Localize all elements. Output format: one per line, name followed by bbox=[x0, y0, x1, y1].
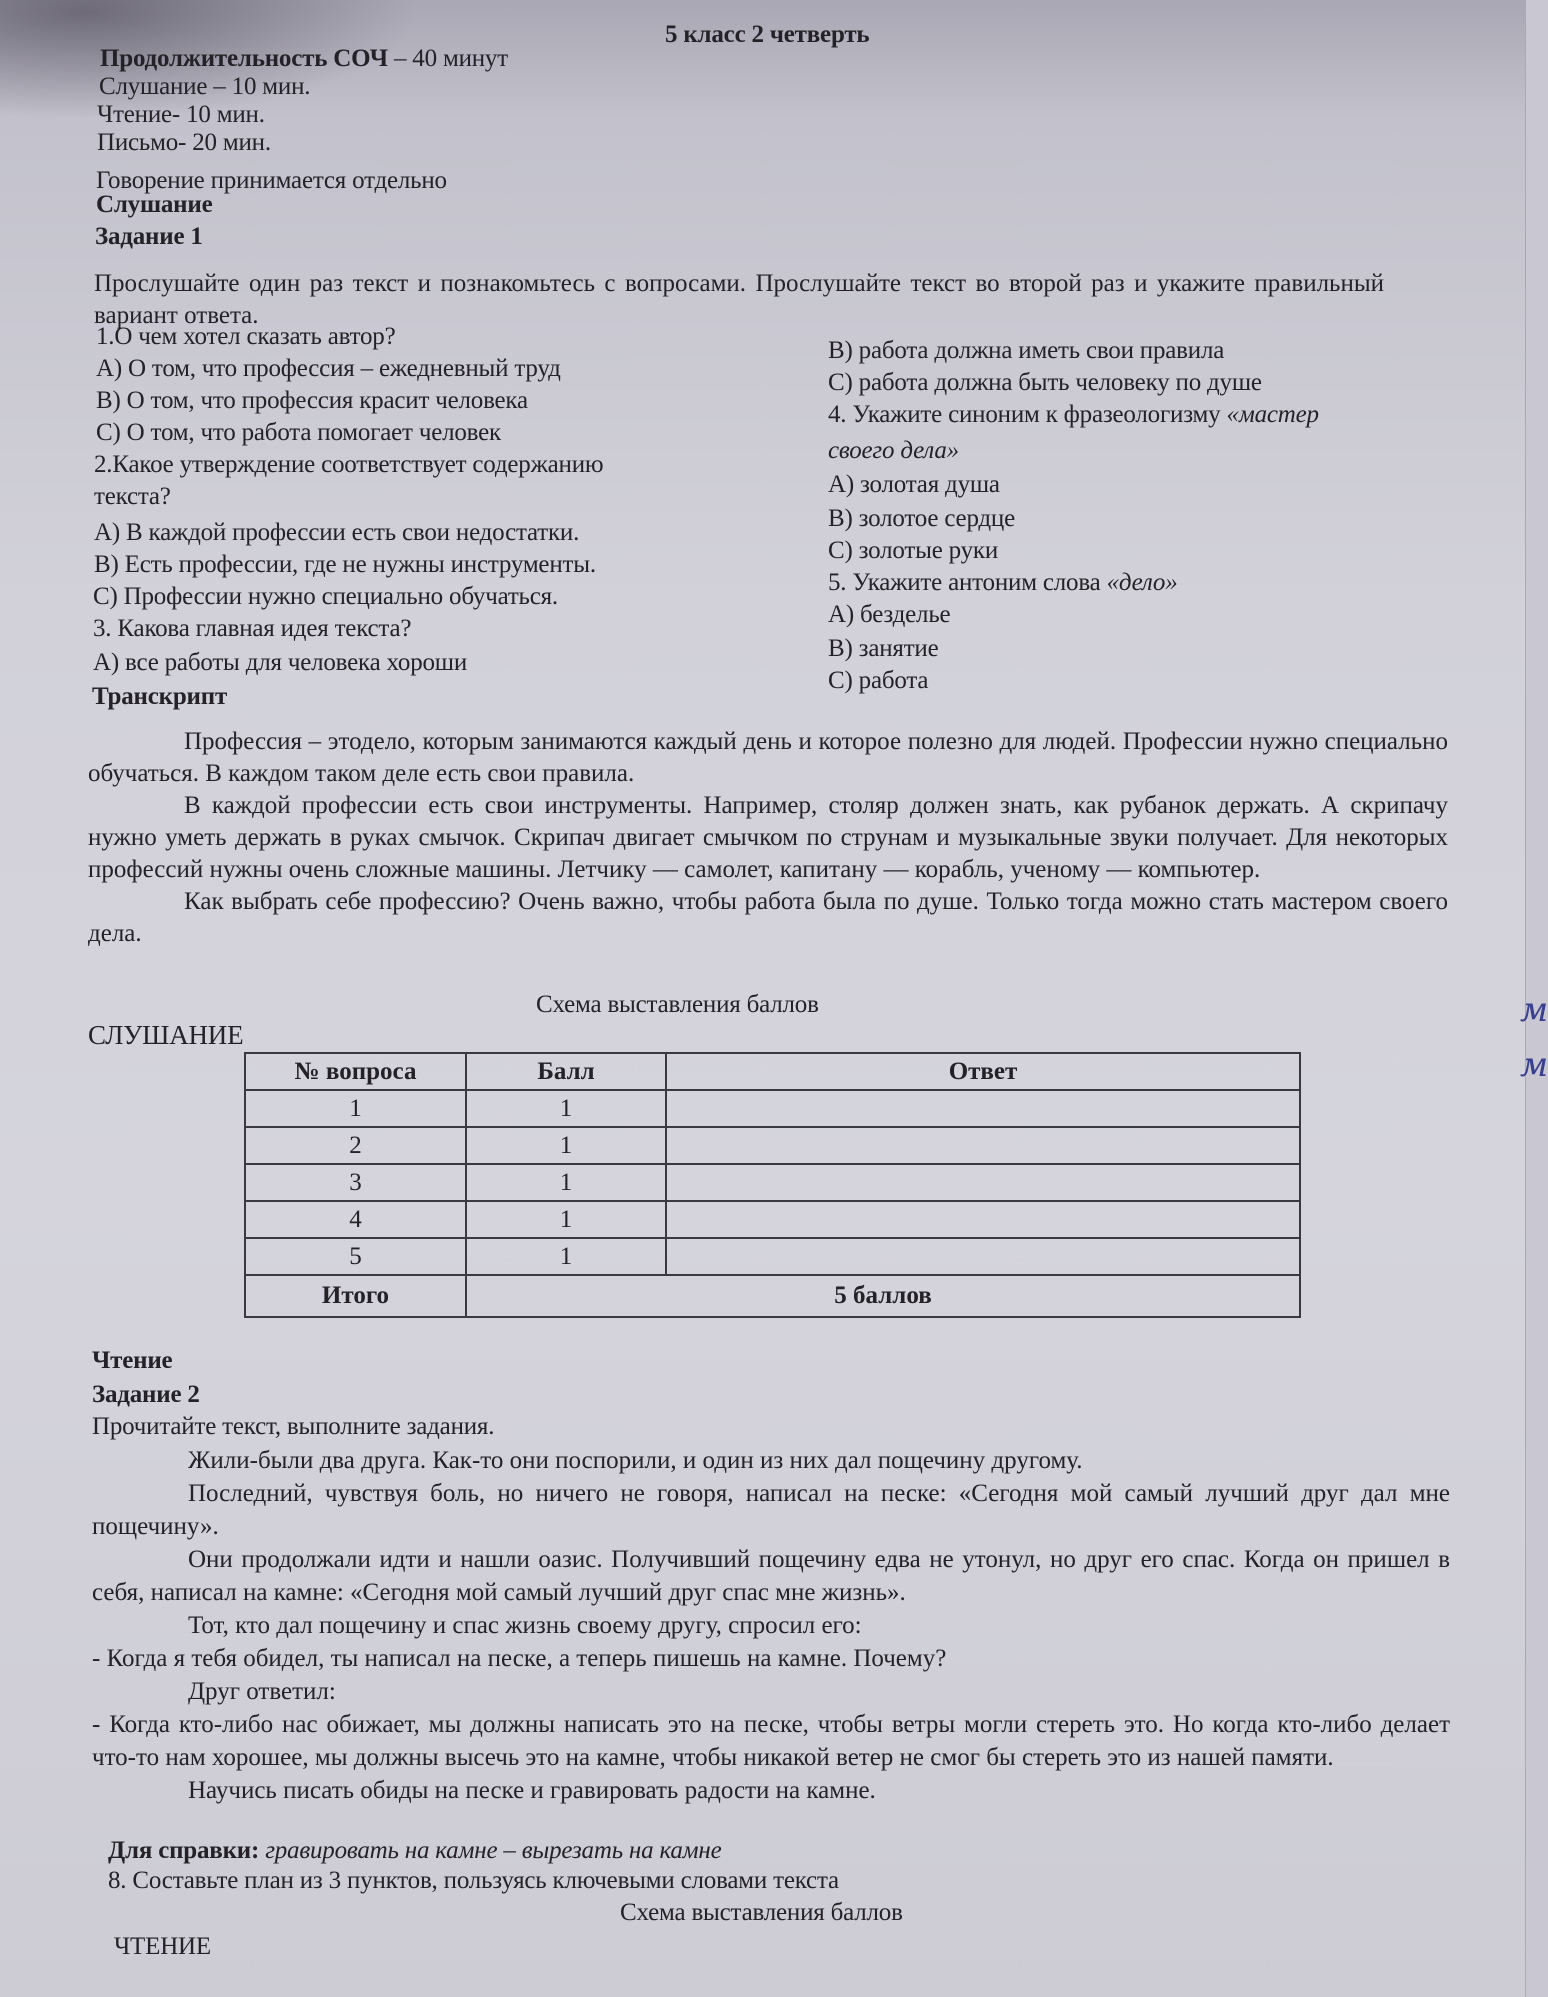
cell-score: 1 bbox=[466, 1238, 666, 1275]
reference-text: гравировать на камне – вырезать на камне bbox=[259, 1837, 721, 1864]
question-4-text: 4. Укажите синоним к фразеологизму bbox=[828, 401, 1227, 428]
q4-option-a: A) золотая душа bbox=[828, 470, 1000, 500]
cell-answer[interactable] bbox=[666, 1164, 1300, 1201]
table-header-row: № вопроса Балл Ответ bbox=[245, 1053, 1300, 1090]
q1-option-b: B) О том, что профессия красит человека bbox=[96, 386, 528, 416]
cell-answer[interactable] bbox=[666, 1127, 1300, 1164]
q5-option-a: A) безделье bbox=[828, 600, 950, 630]
handwritten-mark: м bbox=[1520, 990, 1548, 1030]
question-5-word: «дело» bbox=[1107, 569, 1178, 596]
duration-line: Продолжительность СОЧ – 40 минут bbox=[100, 44, 508, 74]
task-2-instruction: Прочитайте текст, выполните задания. bbox=[92, 1412, 494, 1442]
q1-option-c: C) О том, что работа помогает человек bbox=[96, 418, 501, 448]
transcript-paragraph: В каждой профессии есть свои инструменты… bbox=[88, 790, 1448, 886]
header-score: Балл bbox=[466, 1053, 666, 1090]
story-paragraph: Они продолжали идти и нашли оазис. Получ… bbox=[92, 1543, 1450, 1609]
listening-score-table: № вопроса Балл Ответ 1 1 2 1 3 1 4 1 5 1 bbox=[244, 1052, 1301, 1318]
question-3: 3. Какова главная идея текста? bbox=[93, 614, 411, 644]
q2-option-b: B) Есть профессии, где не нужны инструме… bbox=[94, 550, 596, 580]
table-row: 4 1 bbox=[245, 1201, 1300, 1238]
total-value: 5 баллов bbox=[466, 1275, 1300, 1317]
exam-sheet: м м 5 класс 2 четверть Продолжительность… bbox=[0, 0, 1548, 1997]
transcript-title: Транскрипт bbox=[92, 682, 227, 712]
scheme-title-listening: Схема выставления баллов bbox=[536, 990, 819, 1020]
timing-listening: Слушание – 10 мин. bbox=[99, 72, 310, 102]
cell-score: 1 bbox=[466, 1090, 666, 1127]
q2-option-a: A) В каждой профессии есть свои недостат… bbox=[94, 518, 579, 548]
question-4-phrase: «мастер bbox=[1227, 401, 1319, 428]
table-row: 5 1 bbox=[245, 1238, 1300, 1275]
story-paragraph: - Когда кто-либо нас обижает, мы должны … bbox=[92, 1708, 1450, 1774]
q3-option-c: C) работа должна быть человеку по душе bbox=[828, 368, 1262, 398]
question-4: 4. Укажите синоним к фразеологизму «маст… bbox=[828, 400, 1319, 430]
transcript-paragraph: Профессия – этодело, которым занимаются … bbox=[88, 726, 1448, 790]
duration-label: Продолжительность СОЧ bbox=[100, 45, 388, 72]
question-1: 1.О чем хотел сказать автор? bbox=[96, 322, 396, 352]
table-total-row: Итого 5 баллов bbox=[245, 1275, 1300, 1317]
cell-question-no: 2 bbox=[245, 1127, 466, 1164]
question-5-text: 5. Укажите антоним слова bbox=[828, 569, 1107, 596]
grade-label: 5 класс 2 четверть bbox=[665, 20, 869, 50]
q4-option-c: C) золотые руки bbox=[828, 536, 998, 566]
duration-value: – 40 минут bbox=[388, 45, 508, 72]
cell-answer[interactable] bbox=[666, 1238, 1300, 1275]
table-row: 2 1 bbox=[245, 1127, 1300, 1164]
cell-question-no: 5 bbox=[245, 1238, 466, 1275]
total-label: Итого bbox=[245, 1275, 466, 1317]
q5-option-b: B) занятие bbox=[828, 634, 939, 664]
q3-option-a: A) все работы для человека хороши bbox=[93, 648, 467, 678]
question-4-phrase-cont: своего дела» bbox=[828, 436, 959, 466]
cell-question-no: 1 bbox=[245, 1090, 466, 1127]
cell-question-no: 4 bbox=[245, 1201, 466, 1238]
cell-score: 1 bbox=[466, 1127, 666, 1164]
cell-score: 1 bbox=[466, 1201, 666, 1238]
story-paragraph: Последний, чувствуя боль, но ничего не г… bbox=[92, 1477, 1450, 1543]
q3-option-b: B) работа должна иметь свои правила bbox=[828, 336, 1224, 366]
task-title-1: Задание 1 bbox=[95, 222, 203, 252]
q1-option-a: A) О том, что профессия – ежедневный тру… bbox=[96, 354, 561, 384]
task-title-2: Задание 2 bbox=[92, 1380, 200, 1410]
reference-label: Для справки: bbox=[108, 1837, 259, 1864]
section-title-listening: Слушание bbox=[96, 190, 213, 220]
story-paragraph: Научись писать обиды на песке и гравиров… bbox=[92, 1774, 1450, 1807]
header-answer: Ответ bbox=[666, 1053, 1300, 1090]
story-paragraph: Тот, кто дал пощечину и спас жизнь своем… bbox=[92, 1609, 1450, 1642]
header-question-no: № вопроса bbox=[245, 1053, 466, 1090]
question-2: 2.Какое утверждение соответствует содерж… bbox=[94, 450, 603, 480]
section-title-reading: Чтение bbox=[92, 1346, 172, 1376]
handwritten-mark: м bbox=[1520, 1045, 1548, 1085]
task-8: 8. Составьте план из 3 пунктов, пользуяс… bbox=[108, 1866, 839, 1896]
question-5: 5. Укажите антоним слова «дело» bbox=[828, 568, 1178, 598]
scheme-section-listening: СЛУШАНИЕ bbox=[88, 1020, 243, 1050]
cell-answer[interactable] bbox=[666, 1090, 1300, 1127]
timing-writing: Письмо- 20 мин. bbox=[97, 128, 271, 158]
table-row: 3 1 bbox=[245, 1164, 1300, 1201]
reference-note: Для справки: гравировать на камне – выре… bbox=[108, 1836, 722, 1866]
table-row: 1 1 bbox=[245, 1090, 1300, 1127]
story-paragraph: Жили-были два друга. Как-то они поспорил… bbox=[92, 1444, 1450, 1477]
story-paragraph: - Когда я тебя обидел, ты написал на пес… bbox=[92, 1642, 1450, 1675]
story-paragraph: Друг ответил: bbox=[92, 1675, 1450, 1708]
question-2-cont: текста? bbox=[94, 482, 171, 512]
cell-question-no: 3 bbox=[245, 1164, 466, 1201]
transcript: Профессия – этодело, которым занимаются … bbox=[88, 726, 1448, 950]
transcript-paragraph: Как выбрать себе профессию? Очень важно,… bbox=[88, 886, 1448, 950]
reading-story: Жили-были два друга. Как-то они поспорил… bbox=[92, 1444, 1450, 1807]
q5-option-c: C) работа bbox=[828, 666, 928, 696]
scheme-title-reading: Схема выставления баллов bbox=[620, 1898, 903, 1928]
q4-option-b: B) золотое сердце bbox=[828, 504, 1015, 534]
cell-score: 1 bbox=[466, 1164, 666, 1201]
timing-reading: Чтение- 10 мин. bbox=[97, 100, 265, 130]
q2-option-c: C) Профессии нужно специально обучаться. bbox=[93, 582, 558, 612]
cell-answer[interactable] bbox=[666, 1201, 1300, 1238]
scheme-section-reading: ЧТЕНИЕ bbox=[114, 1932, 211, 1962]
